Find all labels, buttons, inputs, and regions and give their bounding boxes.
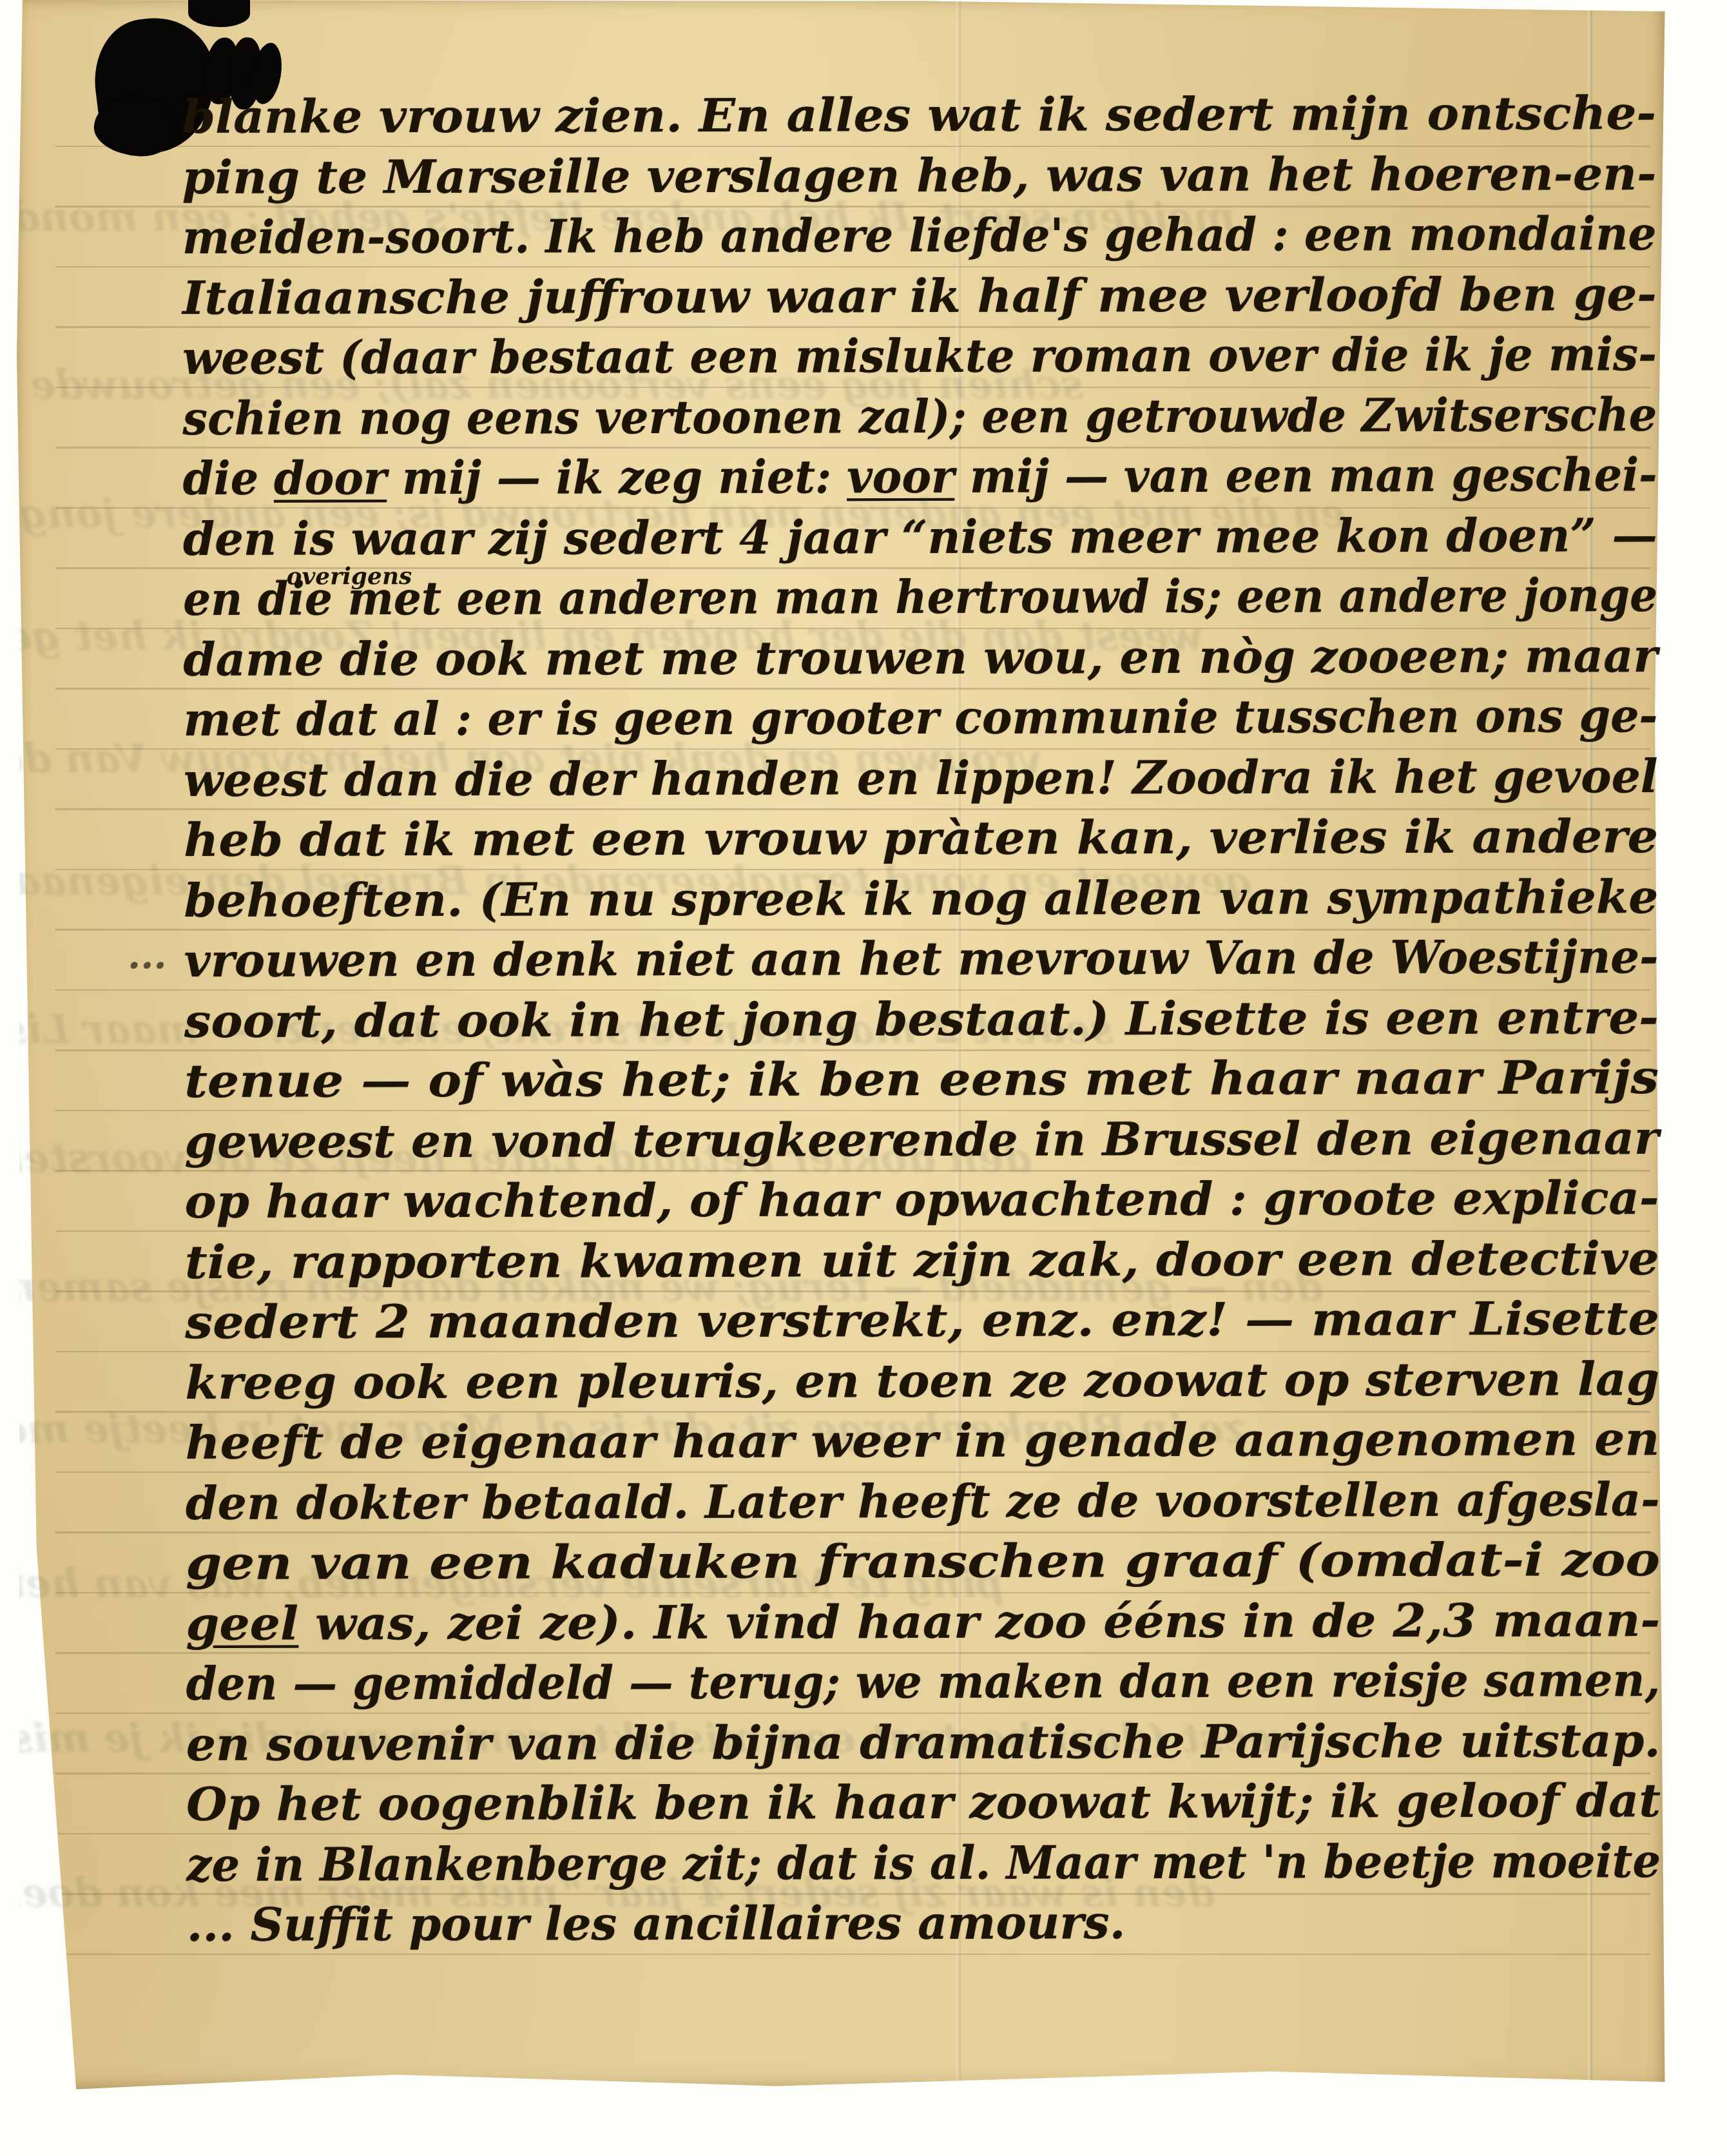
letter-line: den — gemiddeld — terug; we maken dan ee… (186, 1650, 1661, 1714)
letter-line: dame die ook met me trouwen wou, en nòg … (183, 626, 1657, 690)
letter-line: den is waar zij sedert 4 jaar “niets mee… (183, 505, 1657, 569)
letter-line: weest (daar bestaat een mislukte roman o… (182, 324, 1657, 388)
letter-line: heeft de eigenaar haar weer in genade aa… (186, 1409, 1660, 1473)
letter-line: geel was, zei ze). Ik vind haar zoo ééns… (186, 1590, 1660, 1654)
letter-line: sedert 2 maanden verstrekt, enz. enz! — … (185, 1288, 1659, 1352)
letter-line: geweest en vond terugkeerende in Brussel… (184, 1108, 1659, 1172)
letter-lines: blanke vrouw zien. En alles wat ik seder… (182, 83, 1661, 1955)
letter-line: gen van een kaduken franschen graaf (omd… (186, 1530, 1660, 1593)
letter-line: den dokter betaald. Later heeft ze de vo… (186, 1470, 1660, 1533)
letter-line: meiden-soort. Ik heb andere liefde's geh… (182, 204, 1657, 267)
letter-line: behoeften. (En nu spreek ik nog alleen v… (184, 867, 1658, 931)
letter-line: heb dat ik met een vrouw pràten kan, ver… (184, 806, 1658, 870)
letter-line: soort, dat ook in het jong bestaat.) Lis… (184, 987, 1659, 1051)
letter-line: die door mij — ik zeg niet: voor mij — v… (183, 445, 1657, 509)
letter-line: blanke vrouw zien. En alles wat ik seder… (182, 83, 1656, 147)
letter-line: Italiaansche juffrouw waar ik half mee v… (182, 264, 1657, 328)
letter-line: kreeg ook een pleuris, en toen ze zoowat… (185, 1349, 1659, 1413)
letter-line: schien nog eens vertoonen zal); een getr… (182, 385, 1657, 449)
letter-line: op haar wachtend, of haar opwachtend : g… (185, 1168, 1659, 1232)
ink-blot (188, 0, 250, 27)
letter-line: tie, rapporten kwamen uit zijn zak, door… (185, 1229, 1659, 1292)
letter-line: vrouwen en denk niet aan het mevrouw Van… (184, 927, 1659, 991)
letter-line: weest dan die der handen en lippen! Zood… (184, 746, 1658, 810)
letter-line: Op het oogenblik ben ik haar zoowat kwij… (186, 1771, 1661, 1834)
margin-ellipsis: ... (128, 933, 167, 977)
letter-line: ze in Blankenberge zit; dat is al. Maar … (186, 1831, 1661, 1895)
letter-line: met dat al : er is geen grooter communie… (184, 686, 1658, 750)
letter-line: en die met een anderen man hertrouwd is;… (183, 565, 1657, 629)
letter-line: ... Suffit pour les ancillaires amours. (187, 1891, 1661, 1955)
interline-insertion: overigens (286, 565, 412, 588)
scanned-letter-canvas: meiden-soort. Ik heb andere liefde's geh… (0, 0, 1727, 2156)
letter-line: tenue — of wàs het; ik ben eens met haar… (184, 1047, 1659, 1111)
letter-line: en souvenir van die bijna dramatische Pa… (186, 1711, 1661, 1774)
letter-line: ping te Marseille verslagen heb, was van… (182, 144, 1656, 208)
